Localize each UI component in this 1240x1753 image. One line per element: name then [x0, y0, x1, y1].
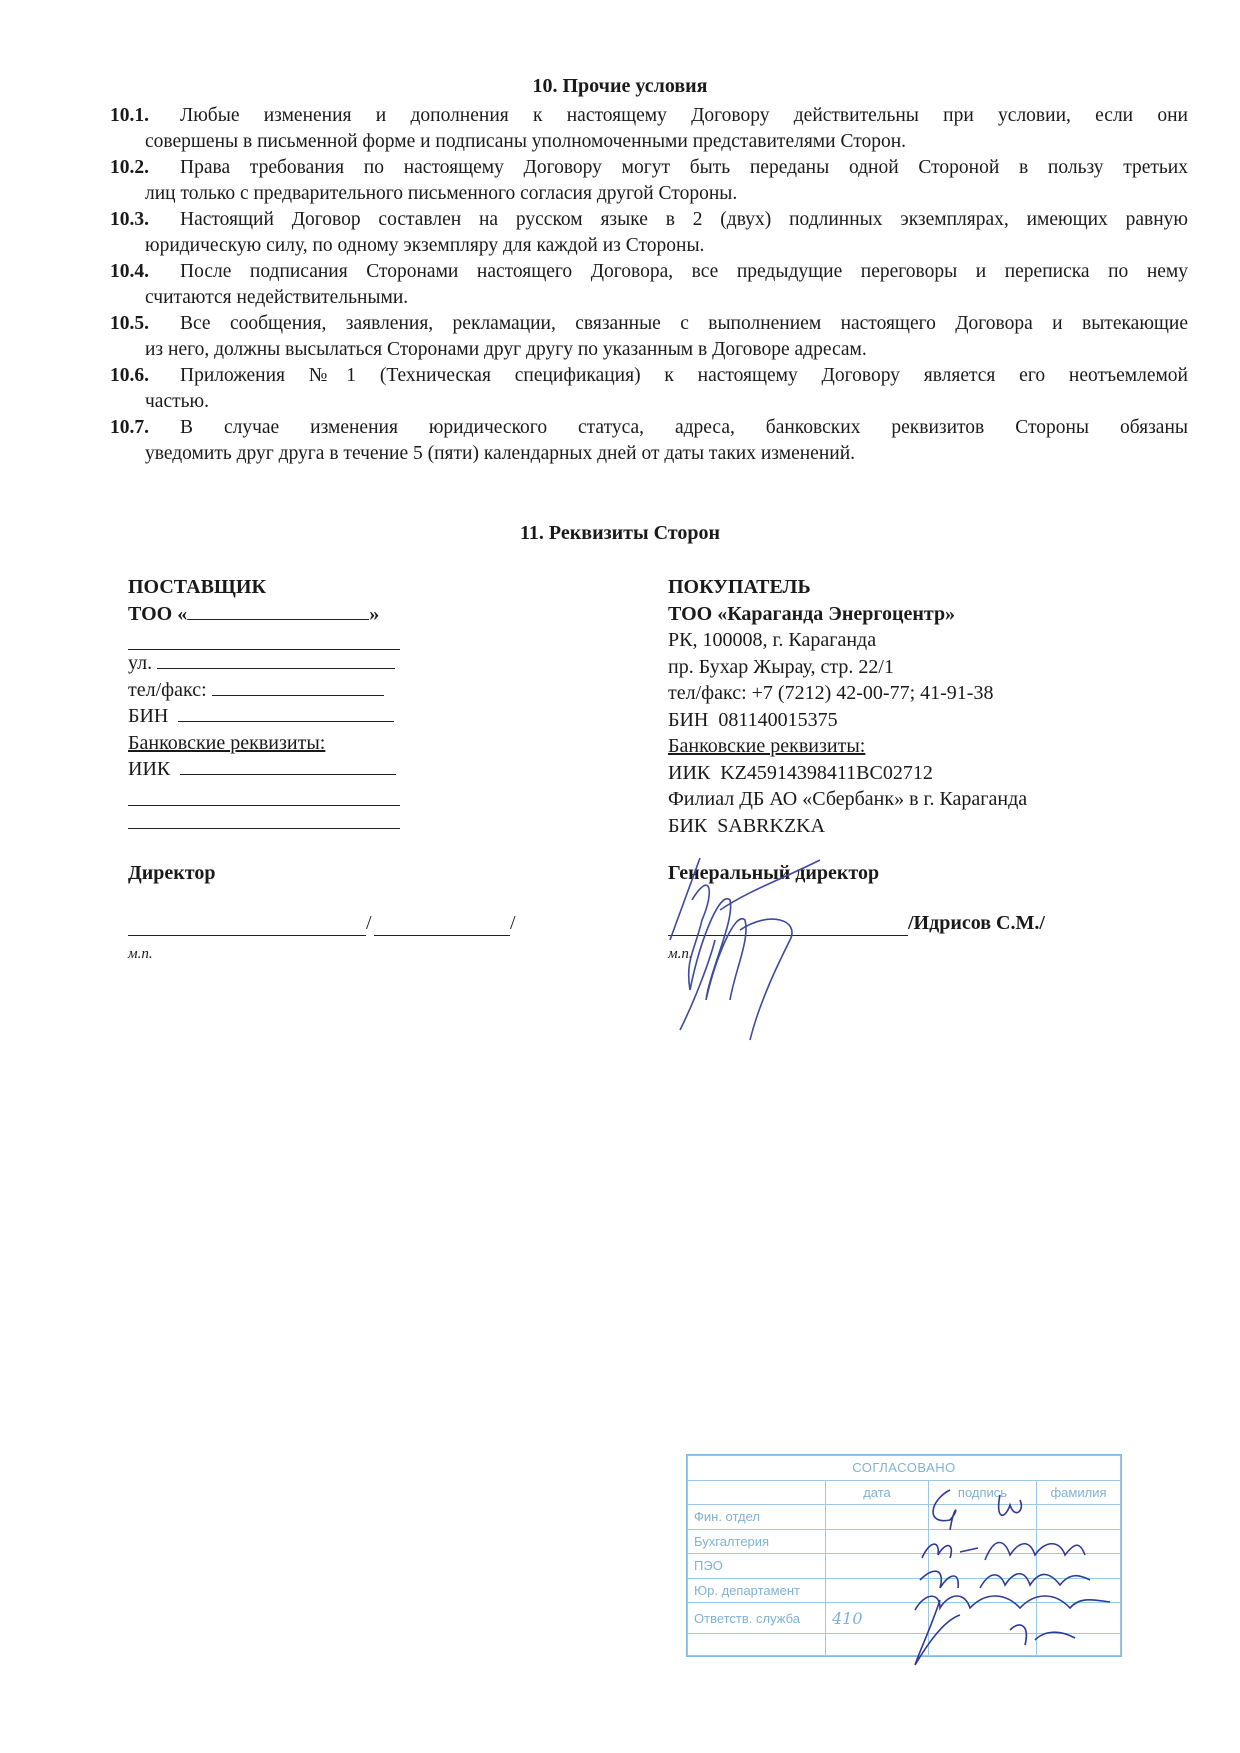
street-row: ул. [128, 650, 428, 677]
buyer-bin: БИН 081140015375 [668, 707, 1148, 734]
clause-text: Все сообщения, заявления, рекламации, св… [110, 311, 1188, 337]
contract-page: 10. Прочие условия 10.1. Любые изменения… [0, 0, 1240, 1753]
bin-row: БИН [128, 703, 428, 730]
buyer-iik: ИИК KZ45914398411BC02712 [668, 760, 1148, 787]
clause-10-7: 10.7. В случае изменения юридического ст… [110, 415, 1188, 467]
stamp-dept [688, 1634, 826, 1656]
street-blank[interactable] [157, 650, 395, 669]
phone-row: тел/факс: [128, 677, 428, 704]
iik-blank[interactable] [180, 756, 396, 775]
clause-number: 10.1. [110, 103, 149, 129]
clause-text: Настоящий Договор составлен на русском я… [110, 207, 1188, 233]
supplier-name-line[interactable] [374, 935, 510, 936]
supplier-signer-title: Директор [128, 862, 216, 885]
clause-text-cont: из него, должны высылаться Сторонами дру… [110, 337, 1188, 363]
stamp-dept: Ответств. служба [688, 1603, 826, 1634]
company-name-blank[interactable] [187, 601, 369, 620]
clause-10-5: 10.5. Все сообщения, заявления, рекламац… [110, 311, 1188, 363]
clause-number: 10.7. [110, 415, 149, 441]
approval-signatures-icon [910, 1480, 1200, 1670]
buyer-address-2: пр. Бухар Жырау, стр. 22/1 [668, 654, 1148, 681]
iik-label: ИИК [128, 758, 170, 780]
clause-text-cont: считаются недействительными. [110, 285, 1188, 311]
supplier-signature-line[interactable] [128, 935, 366, 936]
address-blank[interactable] [128, 627, 400, 650]
handwritten-signature-icon [640, 850, 840, 1050]
company-prefix: ТОО « [128, 603, 187, 625]
buyer-bank-label: Банковские реквизиты: [668, 733, 1148, 760]
supplier-seal-place: м.п. [128, 946, 153, 963]
iik-row: ИИК [128, 756, 428, 783]
stamp-title: СОГЛАСОВАНО [688, 1456, 1121, 1481]
clause-10-1: 10.1. Любые изменения и дополнения к нас… [110, 103, 1188, 155]
clause-text-cont: уведомить друг друга в течение 5 (пяти) … [110, 441, 1188, 467]
street-label: ул. [128, 652, 152, 674]
clause-number: 10.4. [110, 259, 149, 285]
clause-number: 10.5. [110, 311, 149, 337]
phone-blank[interactable] [212, 677, 384, 696]
bank-label: Банковские реквизиты: [128, 730, 428, 757]
clause-number: 10.6. [110, 363, 149, 389]
slash: / [366, 912, 372, 935]
company-suffix: » [369, 603, 379, 625]
section-10-title: 10. Прочие условия [0, 75, 1240, 98]
buyer-signer-name: /Идрисов С.М./ [908, 912, 1045, 935]
buyer-bik: БИК SABRKZKA [668, 813, 1148, 840]
clause-text: Права требования по настоящему Договору … [110, 155, 1188, 181]
clause-text: Приложения №1 (Техническая спецификация)… [110, 363, 1188, 389]
supplier-details: ПОСТАВЩИК ТОО «» ул. тел/факс: БИН Банко… [128, 574, 428, 829]
clause-10-2: 10.2. Права требования по настоящему Дог… [110, 155, 1188, 207]
stamp-dept: ПЭО [688, 1554, 826, 1579]
buyer-address-1: РК, 100008, г. Караганда [668, 627, 1148, 654]
bin-blank[interactable] [178, 703, 394, 722]
section-10-clauses: 10.1. Любые изменения и дополнения к нас… [110, 103, 1188, 467]
section-11-title: 11. Реквизиты Сторон [0, 522, 1240, 545]
phone-label: тел/факс: [128, 679, 207, 701]
buyer-details: ПОКУПАТЕЛЬ ТОО «Караганда Энергоцентр» Р… [668, 574, 1148, 839]
clause-10-3: 10.3. Настоящий Договор составлен на рус… [110, 207, 1188, 259]
buyer-bank-name: Филиал ДБ АО «Сбербанк» в г. Караганда [668, 786, 1148, 813]
clause-10-4: 10.4. После подписания Сторонами настоящ… [110, 259, 1188, 311]
buyer-phone: тел/факс: +7 (7212) 42-00-77; 41-91-38 [668, 680, 1148, 707]
clause-text-cont: юридическую силу, по одному экземпляру д… [110, 233, 1188, 259]
clause-number: 10.2. [110, 155, 149, 181]
buyer-heading: ПОКУПАТЕЛЬ [668, 574, 1148, 601]
clause-text: Любые изменения и дополнения к настоящем… [110, 103, 1188, 129]
clause-text-cont: совершены в письменной форме и подписаны… [110, 129, 1188, 155]
stamp-dept: Фин. отдел [688, 1505, 826, 1530]
slash: / [510, 912, 516, 935]
bank-blank-2[interactable] [128, 806, 400, 829]
clause-text-cont: лиц только с предварительного письменног… [110, 181, 1188, 207]
clause-text: После подписания Сторонами настоящего До… [110, 259, 1188, 285]
stamp-dept: Юр. департамент [688, 1578, 826, 1603]
buyer-company: ТОО «Караганда Энергоцентр» [668, 601, 1148, 628]
supplier-company: ТОО «» [128, 601, 428, 628]
bin-label: БИН [128, 705, 168, 727]
clause-text: В случае изменения юридического статуса,… [110, 415, 1188, 441]
clause-text-cont: частью. [110, 389, 1188, 415]
clause-10-6: 10.6. Приложения №1 (Техническая специфи… [110, 363, 1188, 415]
supplier-heading: ПОСТАВЩИК [128, 574, 428, 601]
stamp-dept: Бухгалтерия [688, 1529, 826, 1554]
stamp-col-header [688, 1480, 826, 1505]
bank-blank-1[interactable] [128, 783, 400, 806]
clause-number: 10.3. [110, 207, 149, 233]
